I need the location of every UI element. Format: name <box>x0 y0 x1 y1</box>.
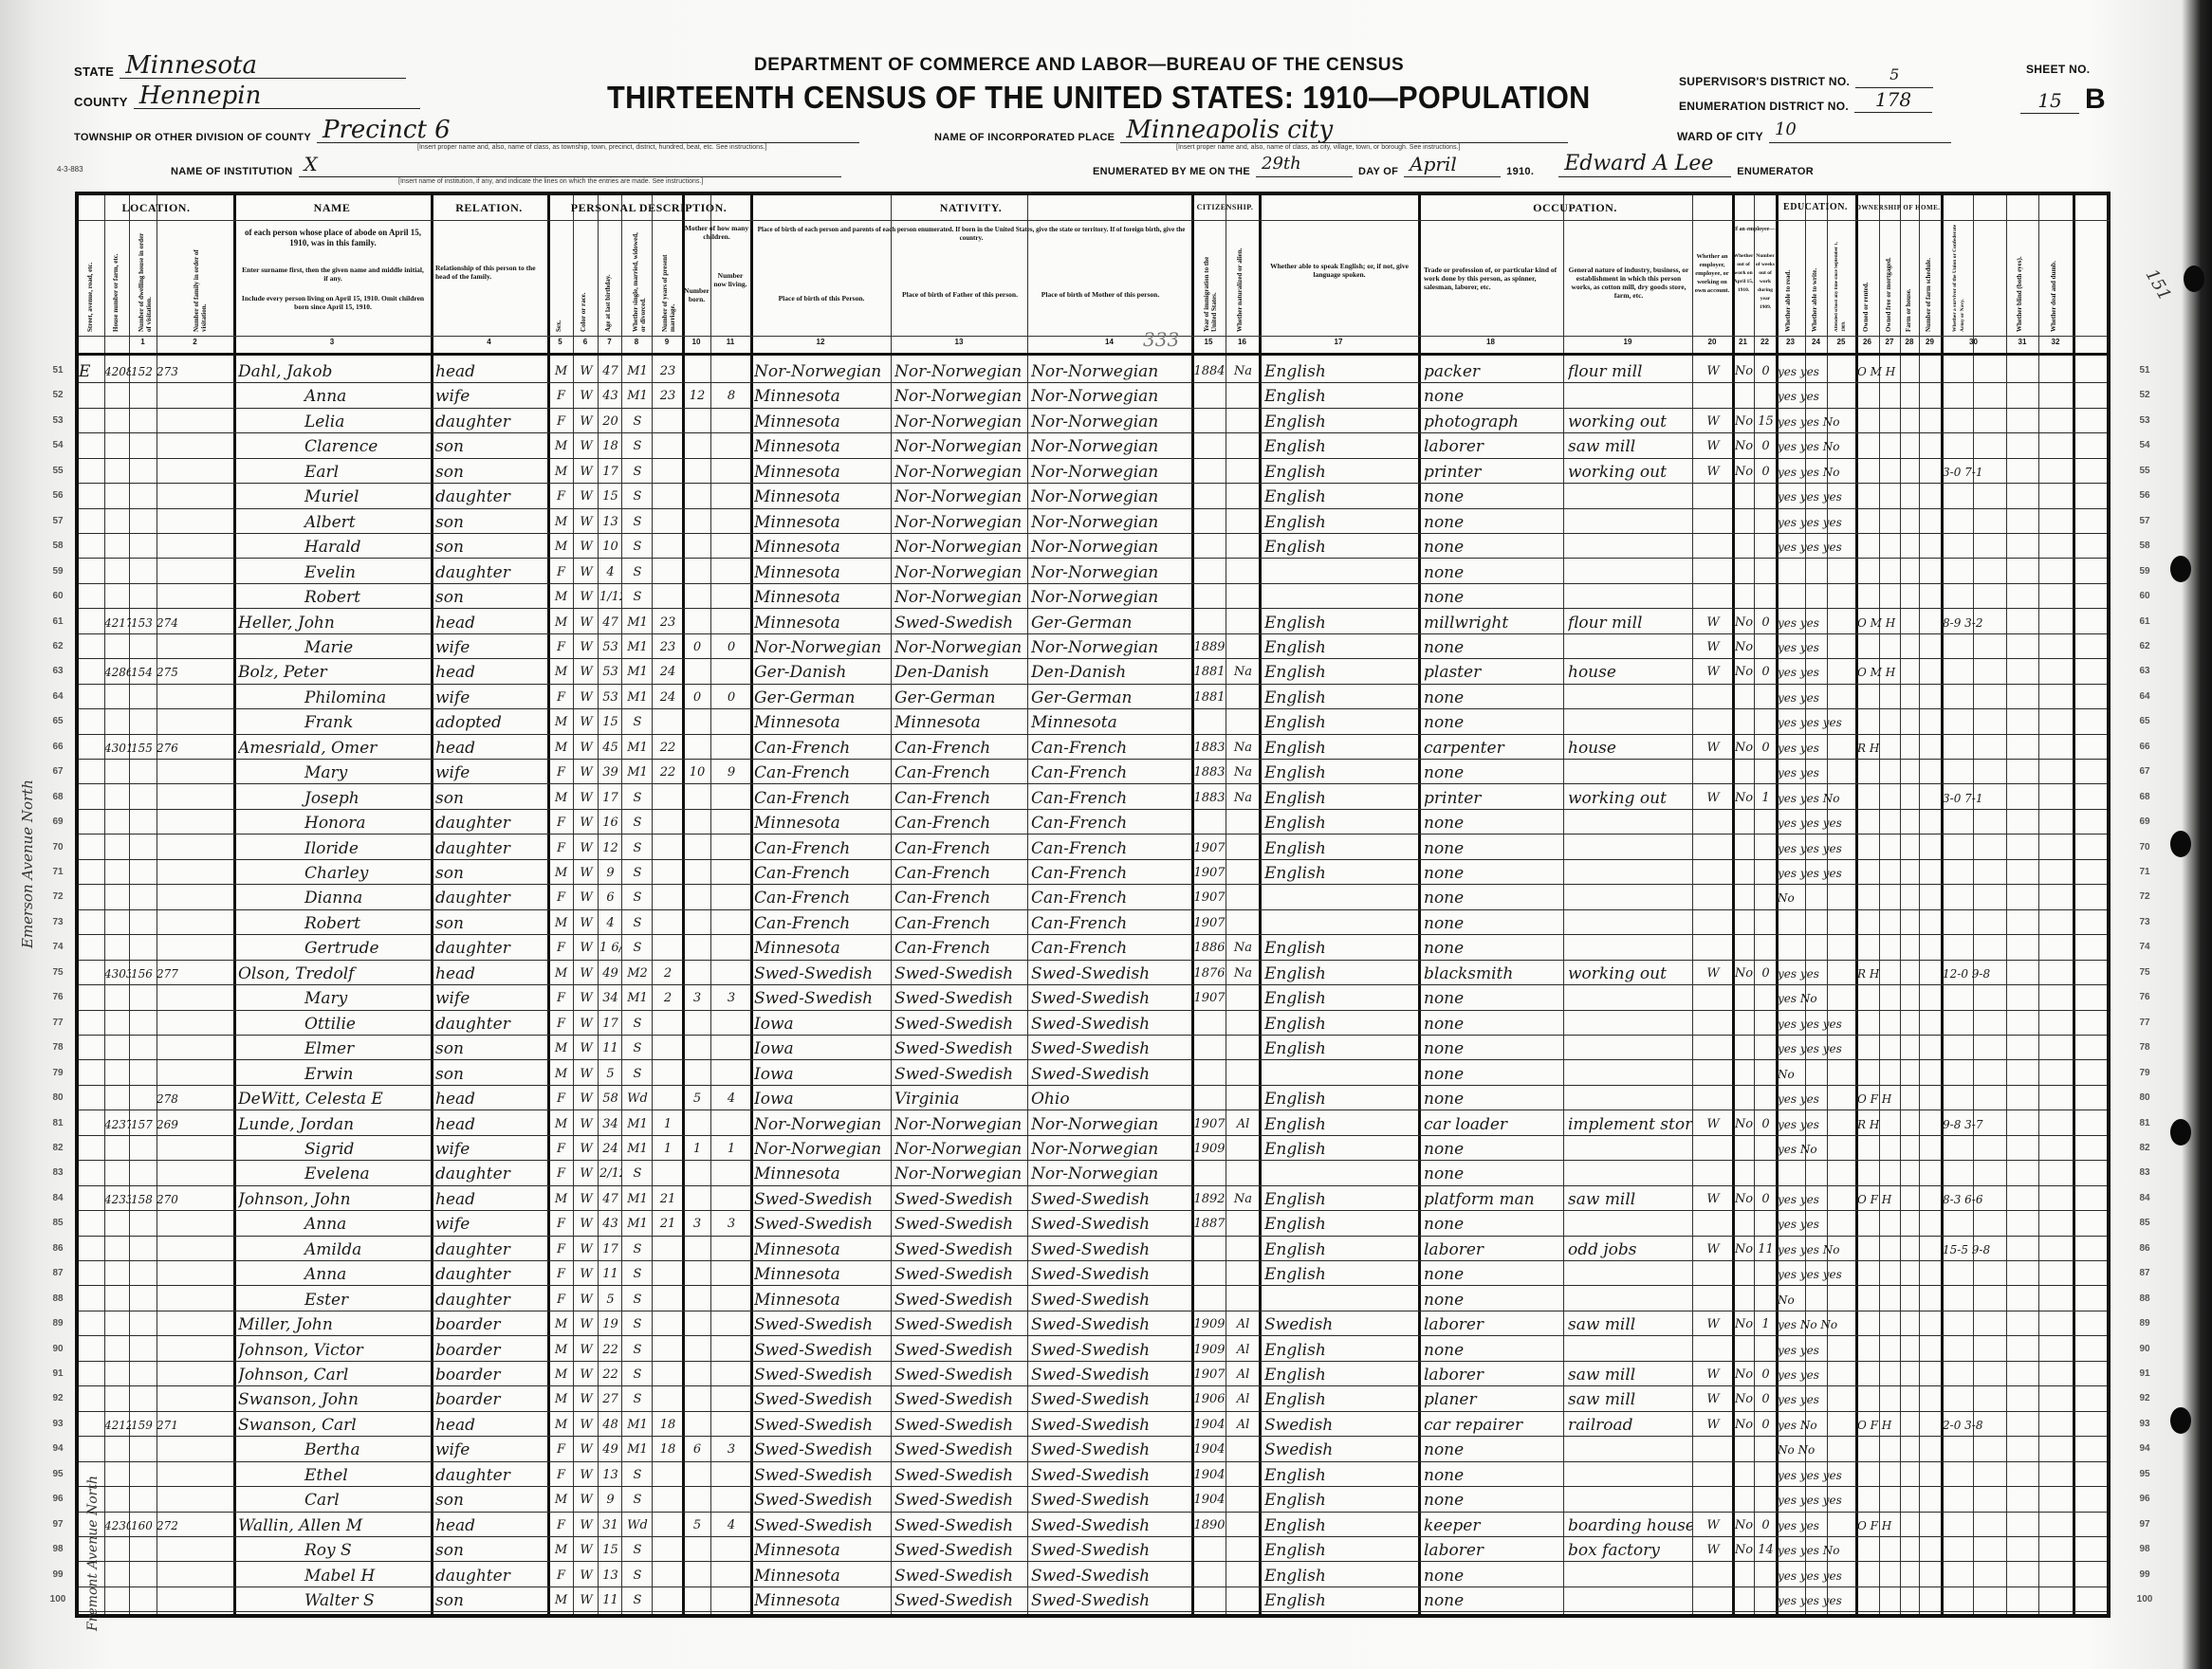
weeks-out-cell: 0 <box>1756 1411 1776 1436</box>
home-ownership-cell: R H <box>1857 1110 1941 1135</box>
mother-birthplace-cell: Can-French <box>1031 759 1191 783</box>
sheet-label: Sheet No. <box>2026 63 2090 76</box>
trade-cell: none <box>1424 859 1563 884</box>
table-row: EvelenadaughterFW2/12SMinnesotaNor-Norwe… <box>79 1160 2107 1185</box>
sex-cell: F <box>549 759 573 783</box>
line-number-right: 70 <box>2134 842 2155 853</box>
children-born-cell <box>684 358 710 382</box>
col-num-17: 17 <box>1259 338 1418 351</box>
state-field: State Minnesota <box>74 53 406 79</box>
immigration-year-cell: 1884 <box>1193 358 1226 382</box>
children-born-cell: 1 <box>684 1135 710 1160</box>
read-write-school-cell: yes yes yes <box>1778 1010 1855 1035</box>
table-row: EvelindaughterFW4SMinnesotaNor-Norwegian… <box>79 559 2107 584</box>
children-born-cell: 5 <box>684 1512 710 1536</box>
years-married-cell: 23 <box>654 609 682 633</box>
color-cell: W <box>575 533 598 558</box>
table-row: FrankadoptedMW15SMinnesotaMinnesotaMinne… <box>79 708 2107 734</box>
father-birthplace-cell: Nor-Norwegian <box>894 1135 1027 1160</box>
employer-status-cell: W <box>1694 658 1732 683</box>
mother-birthplace-cell: Can-French <box>1031 909 1191 934</box>
immigration-year-cell: 1889 <box>1193 633 1226 658</box>
marital-status-cell: S <box>623 458 652 483</box>
immigration-year-cell: 1904 <box>1193 1411 1226 1436</box>
read-write-school-cell: yes yes yes <box>1778 483 1855 507</box>
marital-status-cell: S <box>623 408 652 432</box>
dwelling-number-cell: 155 <box>131 734 157 759</box>
color-cell: W <box>575 884 598 908</box>
group-relation: RELATION. <box>431 195 547 220</box>
birthplace-cell: Minnesota <box>754 533 891 558</box>
age-cell: 22 <box>599 1361 621 1385</box>
out-of-work-cell: No <box>1734 734 1754 759</box>
sex-cell: F <box>549 884 573 908</box>
color-cell: W <box>575 960 598 984</box>
col-num-30: 30 <box>1941 338 2006 351</box>
trade-cell: none <box>1424 1461 1563 1486</box>
col-num-20: 20 <box>1692 338 1732 351</box>
birthplace-cell: Swed-Swedish <box>754 960 891 984</box>
color-cell: W <box>575 1536 598 1561</box>
trade-cell: none <box>1424 583 1563 608</box>
age-cell: 19 <box>599 1311 621 1335</box>
trade-cell: packer <box>1424 358 1563 382</box>
read-write-school-cell: yes yes yes <box>1778 533 1855 558</box>
relation-cell: head <box>435 1185 547 1210</box>
trade-cell: none <box>1424 708 1563 733</box>
sheet-side: B <box>2085 85 2106 114</box>
hdr-dwelling: Number of dwelling house in order of vis… <box>138 228 153 332</box>
group-name: NAME <box>233 195 431 220</box>
mother-birthplace-cell: Nor-Norwegian <box>1031 1160 1191 1184</box>
industry-cell: saw mill <box>1568 432 1692 457</box>
age-cell: 12 <box>599 834 621 859</box>
birthplace-cell: Minnesota <box>754 583 891 608</box>
age-cell: 49 <box>599 960 621 984</box>
age-cell: 17 <box>599 1010 621 1035</box>
read-write-school-cell: yes yes No <box>1778 784 1855 809</box>
color-cell: W <box>575 1461 598 1486</box>
sex-cell: F <box>549 984 573 1009</box>
father-birthplace-cell: Can-French <box>894 759 1027 783</box>
line-number-right: 99 <box>2134 1569 2155 1580</box>
col-num-31: 31 <box>2006 338 2038 351</box>
sex-cell: M <box>549 609 573 633</box>
line-number-right: 83 <box>2134 1167 2155 1178</box>
mother-birthplace-cell: Nor-Norwegian <box>1031 432 1191 457</box>
marital-status-cell: S <box>623 1385 652 1410</box>
department-heading: DEPARTMENT OF COMMERCE AND LABOR—BUREAU … <box>754 55 1404 76</box>
read-write-school-cell: yes yes yes <box>1778 834 1855 859</box>
line-number-right: 54 <box>2134 440 2155 450</box>
mother-birthplace-cell: Nor-Norwegian <box>1031 483 1191 507</box>
age-cell: 9 <box>599 859 621 884</box>
line-number-left: 70 <box>47 842 68 853</box>
trade-cell: blacksmith <box>1424 960 1563 984</box>
mother-birthplace-cell: Swed-Swedish <box>1031 1385 1191 1410</box>
marital-status-cell: S <box>623 432 652 457</box>
language-cell: English <box>1264 508 1418 533</box>
children-living-cell: 3 <box>712 1436 750 1460</box>
house-number-cell: 4230 <box>104 1512 131 1536</box>
years-married-cell: 21 <box>654 1210 682 1235</box>
trade-cell: photograph <box>1424 408 1563 432</box>
birthplace-cell: Swed-Swedish <box>754 1385 891 1410</box>
trade-cell: plaster <box>1424 658 1563 683</box>
immigration-year-cell: 1876 <box>1193 960 1226 984</box>
sex-cell: M <box>549 358 573 382</box>
hdr-nativity-main: Place of birth of each person and parent… <box>756 226 1187 243</box>
hdr-number-born: Number born. <box>683 286 710 303</box>
industry-cell: house <box>1568 658 1692 683</box>
hdr-number-living: Number now living. <box>711 271 749 288</box>
survivor-codes-cell: 8-3 6-6 <box>1943 1185 2073 1210</box>
sex-cell: F <box>549 1085 573 1110</box>
birthplace-cell: Can-French <box>754 734 891 759</box>
line-number-left: 82 <box>47 1143 68 1153</box>
line-number-right: 90 <box>2134 1344 2155 1354</box>
line-number-right: 96 <box>2134 1494 2155 1504</box>
hdr-years-married: Number of years of present marriage. <box>661 228 676 332</box>
age-cell: 34 <box>599 984 621 1009</box>
relation-cell: daughter <box>435 809 547 834</box>
institution-field: Name of institution X <box>171 152 841 177</box>
trade-cell: none <box>1424 533 1563 558</box>
read-write-school-cell: yes yes <box>1778 1185 1855 1210</box>
industry-cell: implement store <box>1568 1110 1692 1135</box>
language-cell: English <box>1264 1336 1418 1361</box>
line-number-left: 91 <box>47 1368 68 1379</box>
margin-note-street-1: Emerson Avenue North <box>19 702 36 948</box>
table-row: ClarencesonMW18SMinnesotaNor-NorwegianNo… <box>79 432 2107 458</box>
col-num-24: 24 <box>1805 338 1827 351</box>
father-birthplace-cell: Swed-Swedish <box>894 1185 1027 1210</box>
read-write-school-cell: No <box>1778 1286 1855 1311</box>
hdr-house-number: House number or farm, etc. <box>112 228 120 332</box>
family-number-cell: 270 <box>157 1185 233 1210</box>
line-number-right: 84 <box>2134 1193 2155 1203</box>
survivor-codes-cell: 2-0 3-8 <box>1943 1411 2073 1436</box>
immigration-year-cell: 1904 <box>1193 1486 1226 1511</box>
line-number-left: 74 <box>47 942 68 952</box>
father-birthplace-cell: Can-French <box>894 784 1027 809</box>
relation-cell: wife <box>435 1210 547 1235</box>
immigration-year-cell: 1890 <box>1193 1512 1226 1536</box>
line-number-right: 62 <box>2134 641 2155 651</box>
name-cell: Miller, John <box>238 1311 431 1335</box>
table-row: EtheldaughterFW13SSwed-SwedishSwed-Swedi… <box>79 1461 2107 1487</box>
trade-cell: printer <box>1424 458 1563 483</box>
father-birthplace-cell: Nor-Norwegian <box>894 382 1027 407</box>
color-cell: W <box>575 508 598 533</box>
employer-status-cell: W <box>1694 633 1732 658</box>
line-number-left: 61 <box>47 616 68 627</box>
language-cell: English <box>1264 734 1418 759</box>
read-write-school-cell: yes yes yes <box>1778 809 1855 834</box>
form-code: 4-3-883 <box>57 165 83 174</box>
sex-cell: F <box>549 1436 573 1460</box>
read-write-school-cell: yes yes <box>1778 1110 1855 1135</box>
weeks-out-cell: 0 <box>1756 432 1776 457</box>
out-of-work-cell: No <box>1734 1185 1754 1210</box>
read-write-school-cell: yes yes <box>1778 1385 1855 1410</box>
marital-status-cell: S <box>623 1361 652 1385</box>
hdr-birth-person: Place of birth of this Person. <box>752 294 891 303</box>
read-write-school-cell: yes yes <box>1778 734 1855 759</box>
home-ownership-cell: R H <box>1857 960 1941 984</box>
dwelling-number-cell: 157 <box>131 1110 157 1135</box>
industry-cell: flour mill <box>1568 358 1692 382</box>
children-born-cell: 0 <box>684 633 710 658</box>
sex-cell: M <box>549 533 573 558</box>
enumerator-label: Enumerator <box>1737 166 1814 177</box>
mother-birthplace-cell: Swed-Swedish <box>1031 1060 1191 1085</box>
birthplace-cell: Swed-Swedish <box>754 1436 891 1460</box>
father-birthplace-cell: Can-French <box>894 834 1027 859</box>
mother-birthplace-cell: Swed-Swedish <box>1031 1361 1191 1385</box>
line-number-right: 63 <box>2134 666 2155 676</box>
father-birthplace-cell: Minnesota <box>894 708 1027 733</box>
incorporated-place-field: Name of incorporated place Minneapolis c… <box>934 118 1568 143</box>
sex-cell: F <box>549 1286 573 1311</box>
birthplace-cell: Nor-Norwegian <box>754 358 891 382</box>
out-of-work-cell: No <box>1734 633 1754 658</box>
home-ownership-cell: O F H <box>1857 1512 1941 1536</box>
table-row: Walter SsonMW11SMinnesotaSwed-SwedishSwe… <box>79 1586 2107 1612</box>
color-cell: W <box>575 1286 598 1311</box>
age-cell: 53 <box>599 684 621 708</box>
language-cell: English <box>1264 358 1418 382</box>
age-cell: 27 <box>599 1385 621 1410</box>
read-write-school-cell: yes yes <box>1778 633 1855 658</box>
hdr-birth-mother: Place of birth of Mother of this person. <box>1029 290 1171 299</box>
color-cell: W <box>575 609 598 633</box>
language-cell: English <box>1264 1385 1418 1410</box>
enumeration-label: Enumeration District No. <box>1679 100 1849 113</box>
children-living-cell: 0 <box>712 633 750 658</box>
family-number-cell: 273 <box>157 358 233 382</box>
color-cell: W <box>575 909 598 934</box>
color-cell: W <box>575 658 598 683</box>
color-cell: W <box>575 1085 598 1110</box>
age-cell: 17 <box>599 1236 621 1260</box>
line-number-left: 72 <box>47 891 68 902</box>
father-birthplace-cell: Swed-Swedish <box>894 1385 1027 1410</box>
line-number-right: 52 <box>2134 390 2155 400</box>
line-number-left: 92 <box>47 1393 68 1403</box>
father-birthplace-cell: Swed-Swedish <box>894 1336 1027 1361</box>
line-number-right: 59 <box>2134 566 2155 577</box>
marital-status-cell: S <box>623 1260 652 1285</box>
color-cell: W <box>575 1486 598 1511</box>
line-number-right: 93 <box>2134 1419 2155 1429</box>
father-birthplace-cell: Can-French <box>894 859 1027 884</box>
color-cell: W <box>575 859 598 884</box>
years-married-cell: 2 <box>654 984 682 1009</box>
language-cell: English <box>1264 1135 1418 1160</box>
table-row: MariewifeFW53M12300Nor-NorwegianNor-Norw… <box>79 633 2107 659</box>
trade-cell: none <box>1424 1035 1563 1059</box>
table-row: Mabel HdaughterFW13SMinnesotaSwed-Swedis… <box>79 1562 2107 1587</box>
trade-cell: laborer <box>1424 1536 1563 1561</box>
township-value: Precinct 6 <box>317 118 859 143</box>
trade-cell: printer <box>1424 784 1563 809</box>
table-row: HonoradaughterFW16SMinnesotaCan-FrenchCa… <box>79 809 2107 834</box>
language-cell: English <box>1264 658 1418 683</box>
line-number-left: 58 <box>47 541 68 551</box>
immigration-year-cell: 1909 <box>1193 1135 1226 1160</box>
out-of-work-cell: No <box>1734 609 1754 633</box>
line-number-right: 78 <box>2134 1042 2155 1053</box>
relation-cell: daughter <box>435 559 547 583</box>
mother-birthplace-cell: Can-French <box>1031 809 1191 834</box>
children-living-cell: 3 <box>712 1210 750 1235</box>
name-cell: Dahl, Jakob <box>238 358 431 382</box>
hdr-naturalized: Whether naturalized or alien. <box>1236 237 1244 332</box>
read-write-school-cell: yes yes <box>1778 609 1855 633</box>
line-number-left: 75 <box>47 967 68 978</box>
sex-cell: M <box>549 1586 573 1611</box>
sex-cell: M <box>549 583 573 608</box>
mother-birthplace-cell: Nor-Norwegian <box>1031 358 1191 382</box>
immigration-year-cell: 1904 <box>1193 1436 1226 1460</box>
age-cell: 11 <box>599 1260 621 1285</box>
line-number-left: 81 <box>47 1118 68 1128</box>
language-cell: English <box>1264 1110 1418 1135</box>
read-write-school-cell: yes yes yes <box>1778 1035 1855 1059</box>
age-cell: 18 <box>599 432 621 457</box>
out-of-work-cell: No <box>1734 1536 1754 1561</box>
trade-cell: none <box>1424 382 1563 407</box>
mother-birthplace-cell: Swed-Swedish <box>1031 960 1191 984</box>
trade-cell: laborer <box>1424 1361 1563 1385</box>
birthplace-cell: Minnesota <box>754 408 891 432</box>
mother-birthplace-cell: Den-Danish <box>1031 658 1191 683</box>
table-row: GertrudedaughterFW1 6/12SMinnesotaCan-Fr… <box>79 934 2107 960</box>
col-num-3: 3 <box>233 338 431 351</box>
language-cell: English <box>1264 708 1418 733</box>
color-cell: W <box>575 784 598 809</box>
employer-status-cell: W <box>1694 1185 1732 1210</box>
line-number-right: 60 <box>2134 591 2155 601</box>
color-cell: W <box>575 1311 598 1335</box>
line-number-right: 81 <box>2134 1118 2155 1128</box>
language-cell: English <box>1264 1236 1418 1260</box>
mother-birthplace-cell: Can-French <box>1031 859 1191 884</box>
line-number-left: 52 <box>47 390 68 400</box>
language-cell: English <box>1264 1085 1418 1110</box>
family-number-cell: 275 <box>157 658 233 683</box>
birthplace-cell: Iowa <box>754 1035 891 1059</box>
line-number-right: 89 <box>2134 1318 2155 1329</box>
color-cell: W <box>575 432 598 457</box>
relation-cell: son <box>435 1586 547 1611</box>
trade-cell: none <box>1424 1586 1563 1611</box>
table-row: RobertsonMW1/12SMinnesotaNor-NorwegianNo… <box>79 583 2107 609</box>
father-birthplace-cell: Nor-Norwegian <box>894 458 1027 483</box>
age-cell: 4 <box>599 909 621 934</box>
hdr-survivor: Whether a survivor of the Union or Confe… <box>1951 214 1966 332</box>
county-label: County <box>74 95 128 109</box>
language-cell: English <box>1264 984 1418 1009</box>
read-write-school-cell: yes yes <box>1778 759 1855 783</box>
line-number-left: 90 <box>47 1344 68 1354</box>
out-of-work-cell: No <box>1734 408 1754 432</box>
mother-birthplace-cell: Nor-Norwegian <box>1031 583 1191 608</box>
sex-cell: M <box>549 1311 573 1335</box>
out-of-work-cell: No <box>1734 458 1754 483</box>
birthplace-cell: Minnesota <box>754 483 891 507</box>
hdr-family: Number of family in order of visitation. <box>193 228 208 332</box>
table-row: ElmersonMW11SIowaSwed-SwedishSwed-Swedis… <box>79 1035 2107 1060</box>
hdr-if-employee: If an employee— <box>1733 226 1776 234</box>
age-cell: 5 <box>599 1060 621 1085</box>
years-married-cell: 21 <box>654 1185 682 1210</box>
naturalization-cell: Al <box>1227 1385 1259 1410</box>
line-number-right: 57 <box>2134 516 2155 526</box>
survivor-codes-cell: 3-0 7-1 <box>1943 458 2073 483</box>
sex-cell: F <box>549 1210 573 1235</box>
mother-birthplace-cell: Ger-German <box>1031 609 1191 633</box>
sex-cell: M <box>549 909 573 934</box>
out-of-work-cell: No <box>1734 1236 1754 1260</box>
language-cell: English <box>1264 960 1418 984</box>
line-number-right: 88 <box>2134 1293 2155 1304</box>
language-cell: English <box>1264 1361 1418 1385</box>
age-cell: 1/12 <box>599 583 621 608</box>
birthplace-cell: Swed-Swedish <box>754 1512 891 1536</box>
dwelling-number-cell: 156 <box>131 960 157 984</box>
marital-status-cell: S <box>623 834 652 859</box>
age-cell: 39 <box>599 759 621 783</box>
hdr-name-sub1: Enter surname first, then the given name… <box>240 266 426 283</box>
line-number-left: 77 <box>47 1018 68 1028</box>
table-row: 4301155276Amesriald, OmerheadMW45M122Can… <box>79 734 2107 760</box>
years-married-cell: 2 <box>654 960 682 984</box>
house-number-cell: 4208 <box>104 358 131 382</box>
color-cell: W <box>575 559 598 583</box>
father-birthplace-cell: Swed-Swedish <box>894 1060 1027 1085</box>
marital-status-cell: S <box>623 809 652 834</box>
mother-birthplace-cell: Ohio <box>1031 1085 1191 1110</box>
table-row: Johnson, VictorboarderMW22SSwed-SwedishS… <box>79 1336 2107 1362</box>
mother-birthplace-cell: Nor-Norwegian <box>1031 1110 1191 1135</box>
marital-status-cell: S <box>623 934 652 959</box>
col-num-19: 19 <box>1563 338 1692 351</box>
trade-cell: none <box>1424 1135 1563 1160</box>
survivor-codes-cell: 8-9 3-2 <box>1943 609 2073 633</box>
mother-birthplace-cell: Minnesota <box>1031 708 1191 733</box>
read-write-school-cell: yes yes No <box>1778 1536 1855 1561</box>
col-num-13: 13 <box>891 338 1027 351</box>
color-cell: W <box>575 1385 598 1410</box>
table-row: AnnawifeFW43M123128MinnesotaNor-Norwegia… <box>79 382 2107 408</box>
children-living-cell: 9 <box>712 759 750 783</box>
line-number-right: 56 <box>2134 490 2155 501</box>
family-number-cell: 277 <box>157 960 233 984</box>
sheet-value: 15 <box>2020 88 2079 114</box>
marital-status-cell: S <box>623 909 652 934</box>
out-of-work-cell: No <box>1734 1110 1754 1135</box>
sex-cell: F <box>549 809 573 834</box>
relation-cell: son <box>435 909 547 934</box>
sex-cell: F <box>549 1135 573 1160</box>
line-number-left: 59 <box>47 566 68 577</box>
home-ownership-cell: O F H <box>1857 1411 1941 1436</box>
language-cell: English <box>1264 1035 1418 1059</box>
birthplace-cell: Can-French <box>754 784 891 809</box>
sex-cell: M <box>549 1035 573 1059</box>
